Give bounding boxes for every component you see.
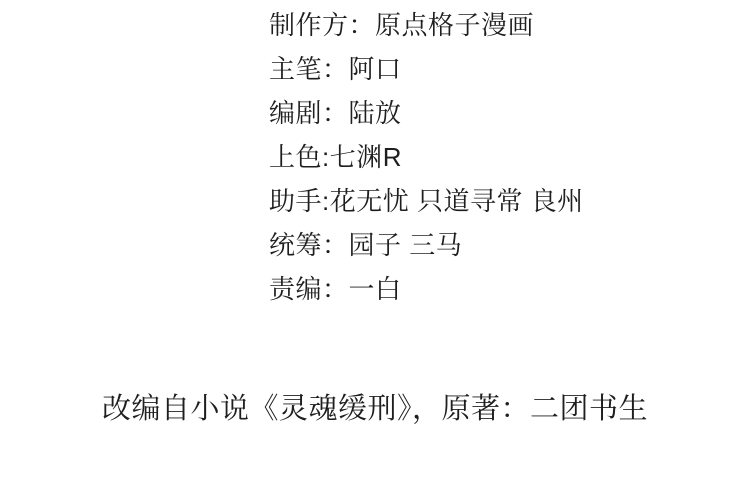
credit-line-colorist: 上色:七渊R xyxy=(269,135,584,179)
credit-line-coordinator: 统筹：园子 三马 xyxy=(269,223,584,267)
credit-line-lead-artist: 主笔：阿口 xyxy=(269,47,584,91)
credit-line-scriptwriter: 编剧：陆放 xyxy=(269,91,584,135)
credit-line-editor: 责编：一白 xyxy=(269,267,584,311)
credit-line-producer: 制作方：原点格子漫画 xyxy=(269,3,584,47)
credits-block: 制作方：原点格子漫画 主笔：阿口 编剧：陆放 上色:七渊R 助手:花无忧 只道寻… xyxy=(269,3,584,311)
credit-line-assistants: 助手:花无忧 只道寻常 良州 xyxy=(269,179,584,223)
adaptation-note: 改编自小说《灵魂缓刑》，原著：二团书生 xyxy=(0,391,750,427)
credits-page: 制作方：原点格子漫画 主笔：阿口 编剧：陆放 上色:七渊R 助手:花无忧 只道寻… xyxy=(0,0,750,500)
